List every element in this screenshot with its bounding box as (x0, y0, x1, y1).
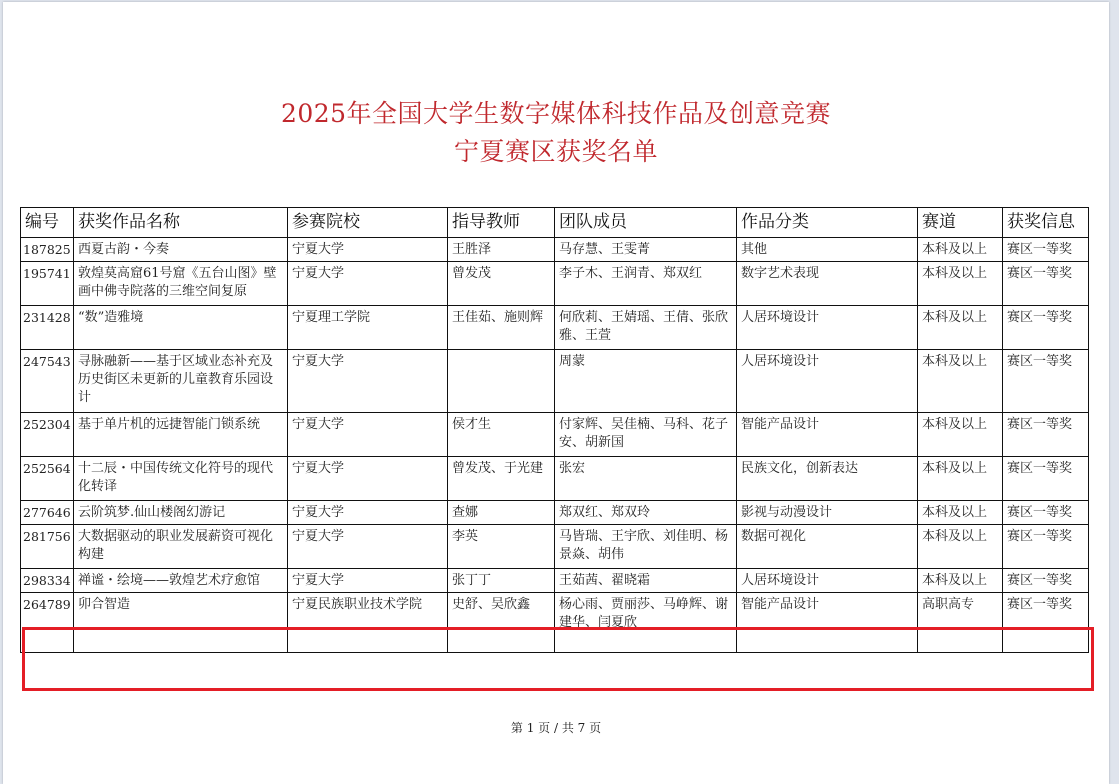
cell-award: 赛区一等奖 (1003, 457, 1089, 501)
cell-advisor: 曾发茂 (448, 262, 555, 306)
cell-award: 赛区一等奖 (1003, 238, 1089, 262)
cell-track: 本科及以上 (918, 525, 1003, 569)
cell-work-name: 寻脉融新——基于区域业态补充及历史街区未更新的儿童教育乐园设计 (74, 350, 288, 413)
table-row: 252564 十二辰・中国传统文化符号的现代化转译 宁夏大学 曾发茂、于光建 张… (21, 457, 1089, 501)
document-subtitle: 宁夏赛区获奖名单 (3, 132, 1109, 168)
cell-work-name: 西夏古韵・今奏 (74, 238, 288, 262)
cell-advisor: 张丁丁 (448, 569, 555, 593)
cell-id: 298334 (21, 569, 74, 593)
cell-work-name: 基于单片机的远捷智能门锁系统 (74, 413, 288, 457)
cell-track: 本科及以上 (918, 350, 1003, 413)
cell-id: 277646 (21, 501, 74, 525)
cell-category: 智能产品设计 (737, 593, 918, 653)
cell-category: 智能产品设计 (737, 413, 918, 457)
cell-award: 赛区一等奖 (1003, 593, 1089, 653)
cell-category: 民族文化，创新表达 (737, 457, 918, 501)
cell-work-name: 大数据驱动的职业发展薪资可视化构建 (74, 525, 288, 569)
document-title: 2025年全国大学生数字媒体科技作品及创意竞赛 (3, 94, 1109, 130)
table-row-highlighted: 264789 卯合智造 宁夏民族职业技术学院 史舒、吴欣鑫 杨心雨、贾丽莎、马峥… (21, 593, 1089, 653)
table-row: 298334 禅谧・绘境——敦煌艺术疗愈馆 宁夏大学 张丁丁 王茹茜、翟晓霜 人… (21, 569, 1089, 593)
cell-advisor: 查娜 (448, 501, 555, 525)
header-id: 编号 (21, 208, 74, 238)
cell-id: 195741 (21, 262, 74, 306)
cell-members: 马皆瑞、王宇欣、刘佳明、杨景焱、胡伟 (555, 525, 737, 569)
cell-award: 赛区一等奖 (1003, 525, 1089, 569)
header-category: 作品分类 (737, 208, 918, 238)
cell-members: 王茹茜、翟晓霜 (555, 569, 737, 593)
cell-school: 宁夏大学 (288, 350, 448, 413)
table-row: 195741 敦煌莫高窟61号窟《五台山图》壁画中佛寺院落的三维空间复原 宁夏大… (21, 262, 1089, 306)
cell-members: 杨心雨、贾丽莎、马峥辉、谢建华、闫夏欣 (555, 593, 737, 653)
cell-members: 付家辉、吴佳楠、马科、花子安、胡新国 (555, 413, 737, 457)
cell-school: 宁夏大学 (288, 413, 448, 457)
cell-advisor: 王胜泽 (448, 238, 555, 262)
cell-award: 赛区一等奖 (1003, 501, 1089, 525)
cell-award: 赛区一等奖 (1003, 413, 1089, 457)
cell-work-name: 禅谧・绘境——敦煌艺术疗愈馆 (74, 569, 288, 593)
cell-id: 264789 (21, 593, 74, 653)
awards-table: 编号 获奖作品名称 参赛院校 指导教师 团队成员 作品分类 赛道 获奖信息 18… (20, 207, 1089, 653)
cell-advisor (448, 350, 555, 413)
cell-track: 高职高专 (918, 593, 1003, 653)
table-row: 252304 基于单片机的远捷智能门锁系统 宁夏大学 侯才生 付家辉、吴佳楠、马… (21, 413, 1089, 457)
header-work-name: 获奖作品名称 (74, 208, 288, 238)
cell-category: 人居环境设计 (737, 569, 918, 593)
cell-school: 宁夏理工学院 (288, 306, 448, 350)
table-row: 281756 大数据驱动的职业发展薪资可视化构建 宁夏大学 李英 马皆瑞、王宇欣… (21, 525, 1089, 569)
table-row: 277646 云阶筑梦.仙山楼阁幻游记 宁夏大学 查娜 郑双红、郑双玲 影视与动… (21, 501, 1089, 525)
cell-award: 赛区一等奖 (1003, 350, 1089, 413)
cell-work-name: “数”造雅境 (74, 306, 288, 350)
cell-members: 张宏 (555, 457, 737, 501)
cell-category: 影视与动漫设计 (737, 501, 918, 525)
cell-school: 宁夏民族职业技术学院 (288, 593, 448, 653)
page-indicator: 第 1 页 / 共 7 页 (3, 719, 1109, 736)
cell-award: 赛区一等奖 (1003, 306, 1089, 350)
cell-members: 李子木、王润青、郑双红 (555, 262, 737, 306)
cell-members: 马存慧、王雯菁 (555, 238, 737, 262)
header-award: 获奖信息 (1003, 208, 1089, 238)
cell-advisor: 曾发茂、于光建 (448, 457, 555, 501)
cell-id: 252564 (21, 457, 74, 501)
cell-category: 数据可视化 (737, 525, 918, 569)
table-row: 187825 西夏古韵・今奏 宁夏大学 王胜泽 马存慧、王雯菁 其他 本科及以上… (21, 238, 1089, 262)
cell-id: 187825 (21, 238, 74, 262)
table-header-row: 编号 获奖作品名称 参赛院校 指导教师 团队成员 作品分类 赛道 获奖信息 (21, 208, 1089, 238)
cell-work-name: 卯合智造 (74, 593, 288, 653)
cell-school: 宁夏大学 (288, 501, 448, 525)
cell-school: 宁夏大学 (288, 262, 448, 306)
cell-award: 赛区一等奖 (1003, 569, 1089, 593)
cell-school: 宁夏大学 (288, 238, 448, 262)
cell-award: 赛区一等奖 (1003, 262, 1089, 306)
cell-track: 本科及以上 (918, 238, 1003, 262)
cell-school: 宁夏大学 (288, 525, 448, 569)
cell-track: 本科及以上 (918, 306, 1003, 350)
cell-work-name: 敦煌莫高窟61号窟《五台山图》壁画中佛寺院落的三维空间复原 (74, 262, 288, 306)
cell-track: 本科及以上 (918, 501, 1003, 525)
cell-advisor: 李英 (448, 525, 555, 569)
cell-school: 宁夏大学 (288, 457, 448, 501)
cell-track: 本科及以上 (918, 569, 1003, 593)
cell-category: 人居环境设计 (737, 350, 918, 413)
table-row: 231428 “数”造雅境 宁夏理工学院 王佳茹、施则辉 何欣莉、王婧瑶、王倩、… (21, 306, 1089, 350)
cell-advisor: 侯才生 (448, 413, 555, 457)
cell-track: 本科及以上 (918, 413, 1003, 457)
header-school: 参赛院校 (288, 208, 448, 238)
cell-id: 247543 (21, 350, 74, 413)
cell-advisor: 史舒、吴欣鑫 (448, 593, 555, 653)
table-row: 247543 寻脉融新——基于区域业态补充及历史街区未更新的儿童教育乐园设计 宁… (21, 350, 1089, 413)
cell-id: 231428 (21, 306, 74, 350)
header-members: 团队成员 (555, 208, 737, 238)
cell-category: 其他 (737, 238, 918, 262)
cell-track: 本科及以上 (918, 262, 1003, 306)
cell-school: 宁夏大学 (288, 569, 448, 593)
cell-id: 252304 (21, 413, 74, 457)
cell-members: 郑双红、郑双玲 (555, 501, 737, 525)
cell-members: 周蒙 (555, 350, 737, 413)
cell-id: 281756 (21, 525, 74, 569)
cell-track: 本科及以上 (918, 457, 1003, 501)
cell-category: 数字艺术表现 (737, 262, 918, 306)
cell-category: 人居环境设计 (737, 306, 918, 350)
header-advisor: 指导教师 (448, 208, 555, 238)
cell-members: 何欣莉、王婧瑶、王倩、张欣雅、王萱 (555, 306, 737, 350)
header-track: 赛道 (918, 208, 1003, 238)
cell-work-name: 十二辰・中国传统文化符号的现代化转译 (74, 457, 288, 501)
cell-work-name: 云阶筑梦.仙山楼阁幻游记 (74, 501, 288, 525)
cell-advisor: 王佳茹、施则辉 (448, 306, 555, 350)
